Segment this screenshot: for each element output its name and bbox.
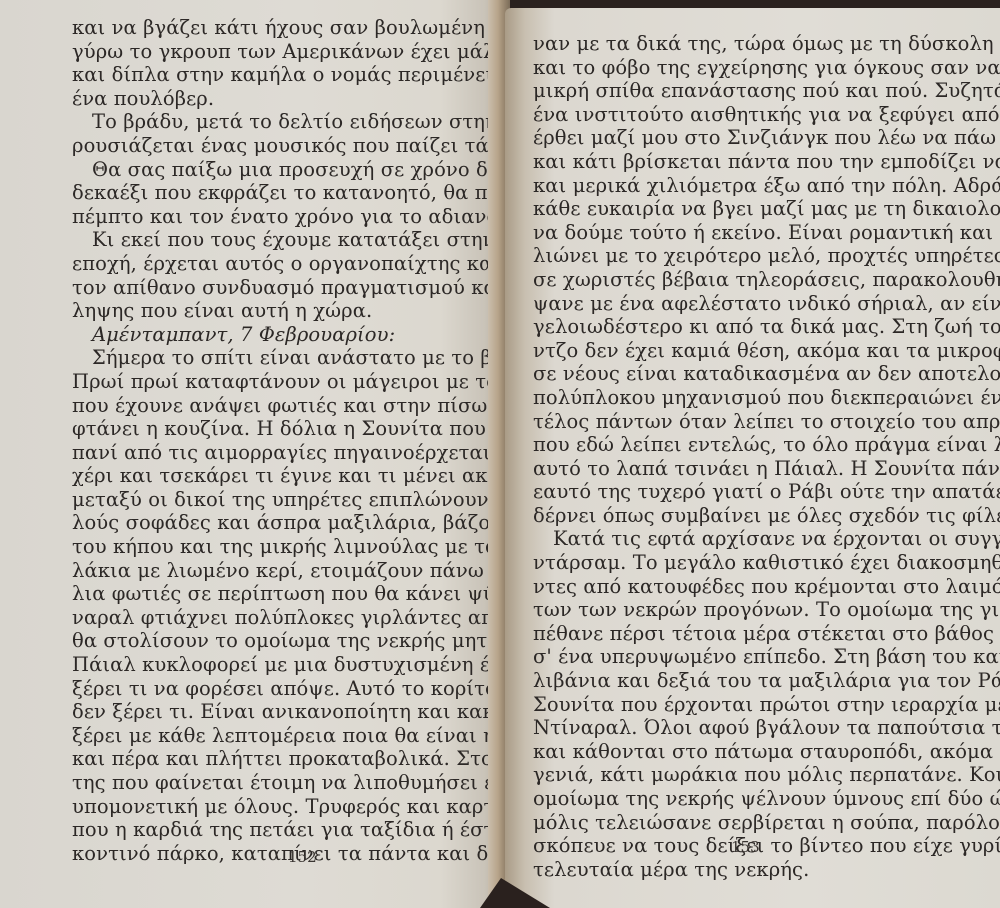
text-line: Το βράδυ, μετά το δελτίο ειδήσεων στην τ…	[72, 110, 492, 134]
text-line: και κάθονται στο πάτωμα σταυροπόδι, ακόμ…	[533, 740, 983, 764]
text-line: πανί από τις αιμορραγίες πηγαινοέρχεται …	[72, 441, 492, 465]
text-line: των των νεκρών προγόνων. Το ομοίωμα της …	[533, 598, 983, 622]
text-line: γελοιωδέστερο κι από τα δικά μας. Στη ζω…	[533, 315, 983, 339]
text-line: Σουνίτα που έρχονται πρώτοι στην ιεραρχί…	[533, 693, 983, 717]
text-line: ντάρσαμ. Το μεγάλο καθιστικό έχει διακοσ…	[533, 551, 983, 575]
text-line: ληψης που είναι αυτή η χώρα.	[72, 299, 492, 323]
page-number-right: 153	[731, 838, 760, 856]
text-line: ένα ινστιτούτο αισθητικής για να ξεφύγει…	[533, 103, 983, 127]
left-page-text: και να βγάζει κάτι ήχους σαν βουλωμένη σ…	[72, 16, 492, 865]
text-line: δέρνει όπως συμβαίνει με όλες σχεδόν τις…	[533, 504, 983, 528]
text-line: Κι εκεί που τους έχουμε κατατάξει στην π…	[72, 228, 492, 252]
text-line: πολύπλοκου μηχανισμού που διεκπεραιώνει …	[533, 386, 983, 410]
text-line: υπομονετική με όλους. Τρυφερός και καρτε…	[72, 795, 492, 819]
text-line: που η καρδιά της πετάει για ταξίδια ή έσ…	[72, 818, 492, 842]
right-page-text: ναν με τα δικά της, τώρα όμως με τη δύσκ…	[533, 32, 983, 881]
text-line: να δούμε τούτο ή εκείνο. Είναι ρομαντική…	[533, 221, 983, 245]
text-line: Πρωί πρωί καταφτάνουν οι μάγειροι με του…	[72, 370, 492, 394]
text-line: Θα σας παίξω μια προσευχή σε χρόνο δεκατ…	[72, 158, 492, 182]
page-number-left: 152	[288, 848, 317, 866]
text-line: της που φαίνεται έτοιμη να λιποθυμήσει ε…	[72, 771, 492, 795]
text-line: λούς σοφάδες και άσπρα μαξιλάρια, βάζουν…	[72, 511, 492, 535]
text-line: δεκαέξι που εκφράζει το κατανοητό, θα πα…	[72, 181, 492, 205]
text-line: θα στολίσουν το ομοίωμα της νεκρής μητέρ…	[72, 629, 492, 653]
text-line: τον απίθανο συνδυασμό πραγματισμού και α…	[72, 276, 492, 300]
text-line: μικρή σπίθα επανάστασης πού και πού. Συζ…	[533, 79, 983, 103]
text-line: γύρω το γκρουπ των Αμερικάνων έχει μάλλο…	[72, 40, 492, 64]
text-line: τέλος πάντων όταν λείπει το στοιχείο του…	[533, 410, 983, 434]
text-line: αυτό το λαπά τσινάει η Πάιαλ. Η Σουνίτα …	[533, 457, 983, 481]
text-line: δεν ξέρει τι. Είναι ανικανοποίητη και κα…	[72, 700, 492, 724]
text-line: κάθε ευκαιρία να βγει μαζί μας με τη δικ…	[533, 197, 983, 221]
text-line: που εδώ λείπει εντελώς, το όλο πράγμα εί…	[533, 433, 983, 457]
text-line: φτάνει η κουζίνα. Η δόλια η Σουνίτα που …	[72, 417, 492, 441]
text-line: κοντινό πάρκο, καταπίνει τα πάντα και δε…	[72, 842, 492, 866]
text-line: του κήπου και της μικρής λιμνούλας με τα…	[72, 535, 492, 559]
text-line: πέμπτο και τον ένατο χρόνο για το αδιανό…	[72, 205, 492, 229]
text-line: ξέρει τι να φορέσει απόψε. Αυτό το κορίτ…	[72, 677, 492, 701]
text-line: ξέρει με κάθε λεπτομέρεια ποια θα είναι …	[72, 724, 492, 748]
text-line: σε νέους είναι καταδικασμένα αν δεν αποτ…	[533, 362, 983, 386]
text-line: και να βγάζει κάτι ήχους σαν βουλωμένη σ…	[72, 16, 492, 40]
text-line: Κατά τις εφτά αρχίσανε να έρχονται οι συ…	[533, 527, 983, 551]
text-line: λια φωτιές σε περίπτωση που θα κάνει ψύχ…	[72, 582, 492, 606]
text-line: εαυτό της τυχερό γιατί ο Ράβι ούτε την α…	[533, 480, 983, 504]
left-page: και να βγάζει κάτι ήχους σαν βουλωμένη σ…	[0, 0, 500, 908]
text-line: Πάιαλ κυκλοφορεί με μια δυστυχισμένη έκφ…	[72, 653, 492, 677]
text-line: Σήμερα το σπίτι είναι ανάστατο με το βρα…	[72, 346, 492, 370]
text-line: και μερικά χιλιόμετρα έξω από την πόλη. …	[533, 174, 983, 198]
text-line: ναν με τα δικά της, τώρα όμως με τη δύσκ…	[533, 32, 983, 56]
text-line: Ντίναραλ. Όλοι αφού βγάλουν τα παπούτσια…	[533, 716, 983, 740]
text-line: λιβάνια και δεξιά του τα μαξιλάρια για τ…	[533, 669, 983, 693]
text-line: ρουσιάζεται ένας μουσικός που παίζει τάμ…	[72, 134, 492, 158]
text-line: γενιά, κάτι μωράκια που μόλις περπατάνε.…	[533, 763, 983, 787]
text-line: και το φόβο της εγχείρησης για όγκους σα…	[533, 56, 983, 80]
text-line: τελευταία μέρα της νεκρής.	[533, 858, 983, 882]
text-line: πέθανε πέρσι τέτοια μέρα στέκεται στο βά…	[533, 622, 983, 646]
text-line: μεταξύ οι δικοί της υπηρέτες επιπλώνουν …	[72, 488, 492, 512]
text-line: ναραλ φτιάχνει πολύπλοκες γιρλάντες από …	[72, 606, 492, 630]
text-line: σ' ένα υπερυψωμένο επίπεδο. Στη βάση του…	[533, 645, 983, 669]
text-line: ψανε με ένα αφελέστατο ινδικό σήριαλ, αν…	[533, 292, 983, 316]
text-line: χέρι και τσεκάρει τι έγινε και τι μένει …	[72, 464, 492, 488]
text-line: ντζο δεν έχει καμιά θέση, ακόμα και τα μ…	[533, 339, 983, 363]
text-line: και δίπλα στην καμήλα ο νομάς περιμένει …	[72, 63, 492, 87]
text-line: και κάτι βρίσκεται πάντα που την εμποδίζ…	[533, 150, 983, 174]
text-line: ομοίωμα της νεκρής ψέλνουν ύμνους επί δύ…	[533, 787, 983, 811]
text-line: σε χωριστές βέβαια τηλεοράσεις, παρακολο…	[533, 268, 983, 292]
text-line: εποχή, έρχεται αυτός ο οργανοπαίχτης και…	[72, 252, 492, 276]
text-line: ένα πουλόβερ.	[72, 87, 492, 111]
text-line: Αμένταμπαντ, 7 Φεβρουαρίου:	[72, 323, 492, 347]
text-line: μόλις τελειώσανε σερβίρεται η σούπα, παρ…	[533, 811, 983, 835]
text-line: ντες από κατουφέδες που κρέμονται στο λα…	[533, 575, 983, 599]
text-line: λιώνει με το χειρότερο μελό, προχτές υπη…	[533, 244, 983, 268]
right-page: ναν με τα δικά της, τώρα όμως με τη δύσκ…	[505, 8, 1000, 908]
text-line: έρθει μαζί μου στο Σινζιάνγκ που λέω να …	[533, 126, 983, 150]
text-line: που έχουνε ανάψει φωτιές και στην πίσω α…	[72, 394, 492, 418]
text-line: λάκια με λιωμένο κερί, ετοιμάζουν πάνω σ…	[72, 559, 492, 583]
text-line: και πέρα και πλήττει προκαταβολικά. Στο …	[72, 747, 492, 771]
